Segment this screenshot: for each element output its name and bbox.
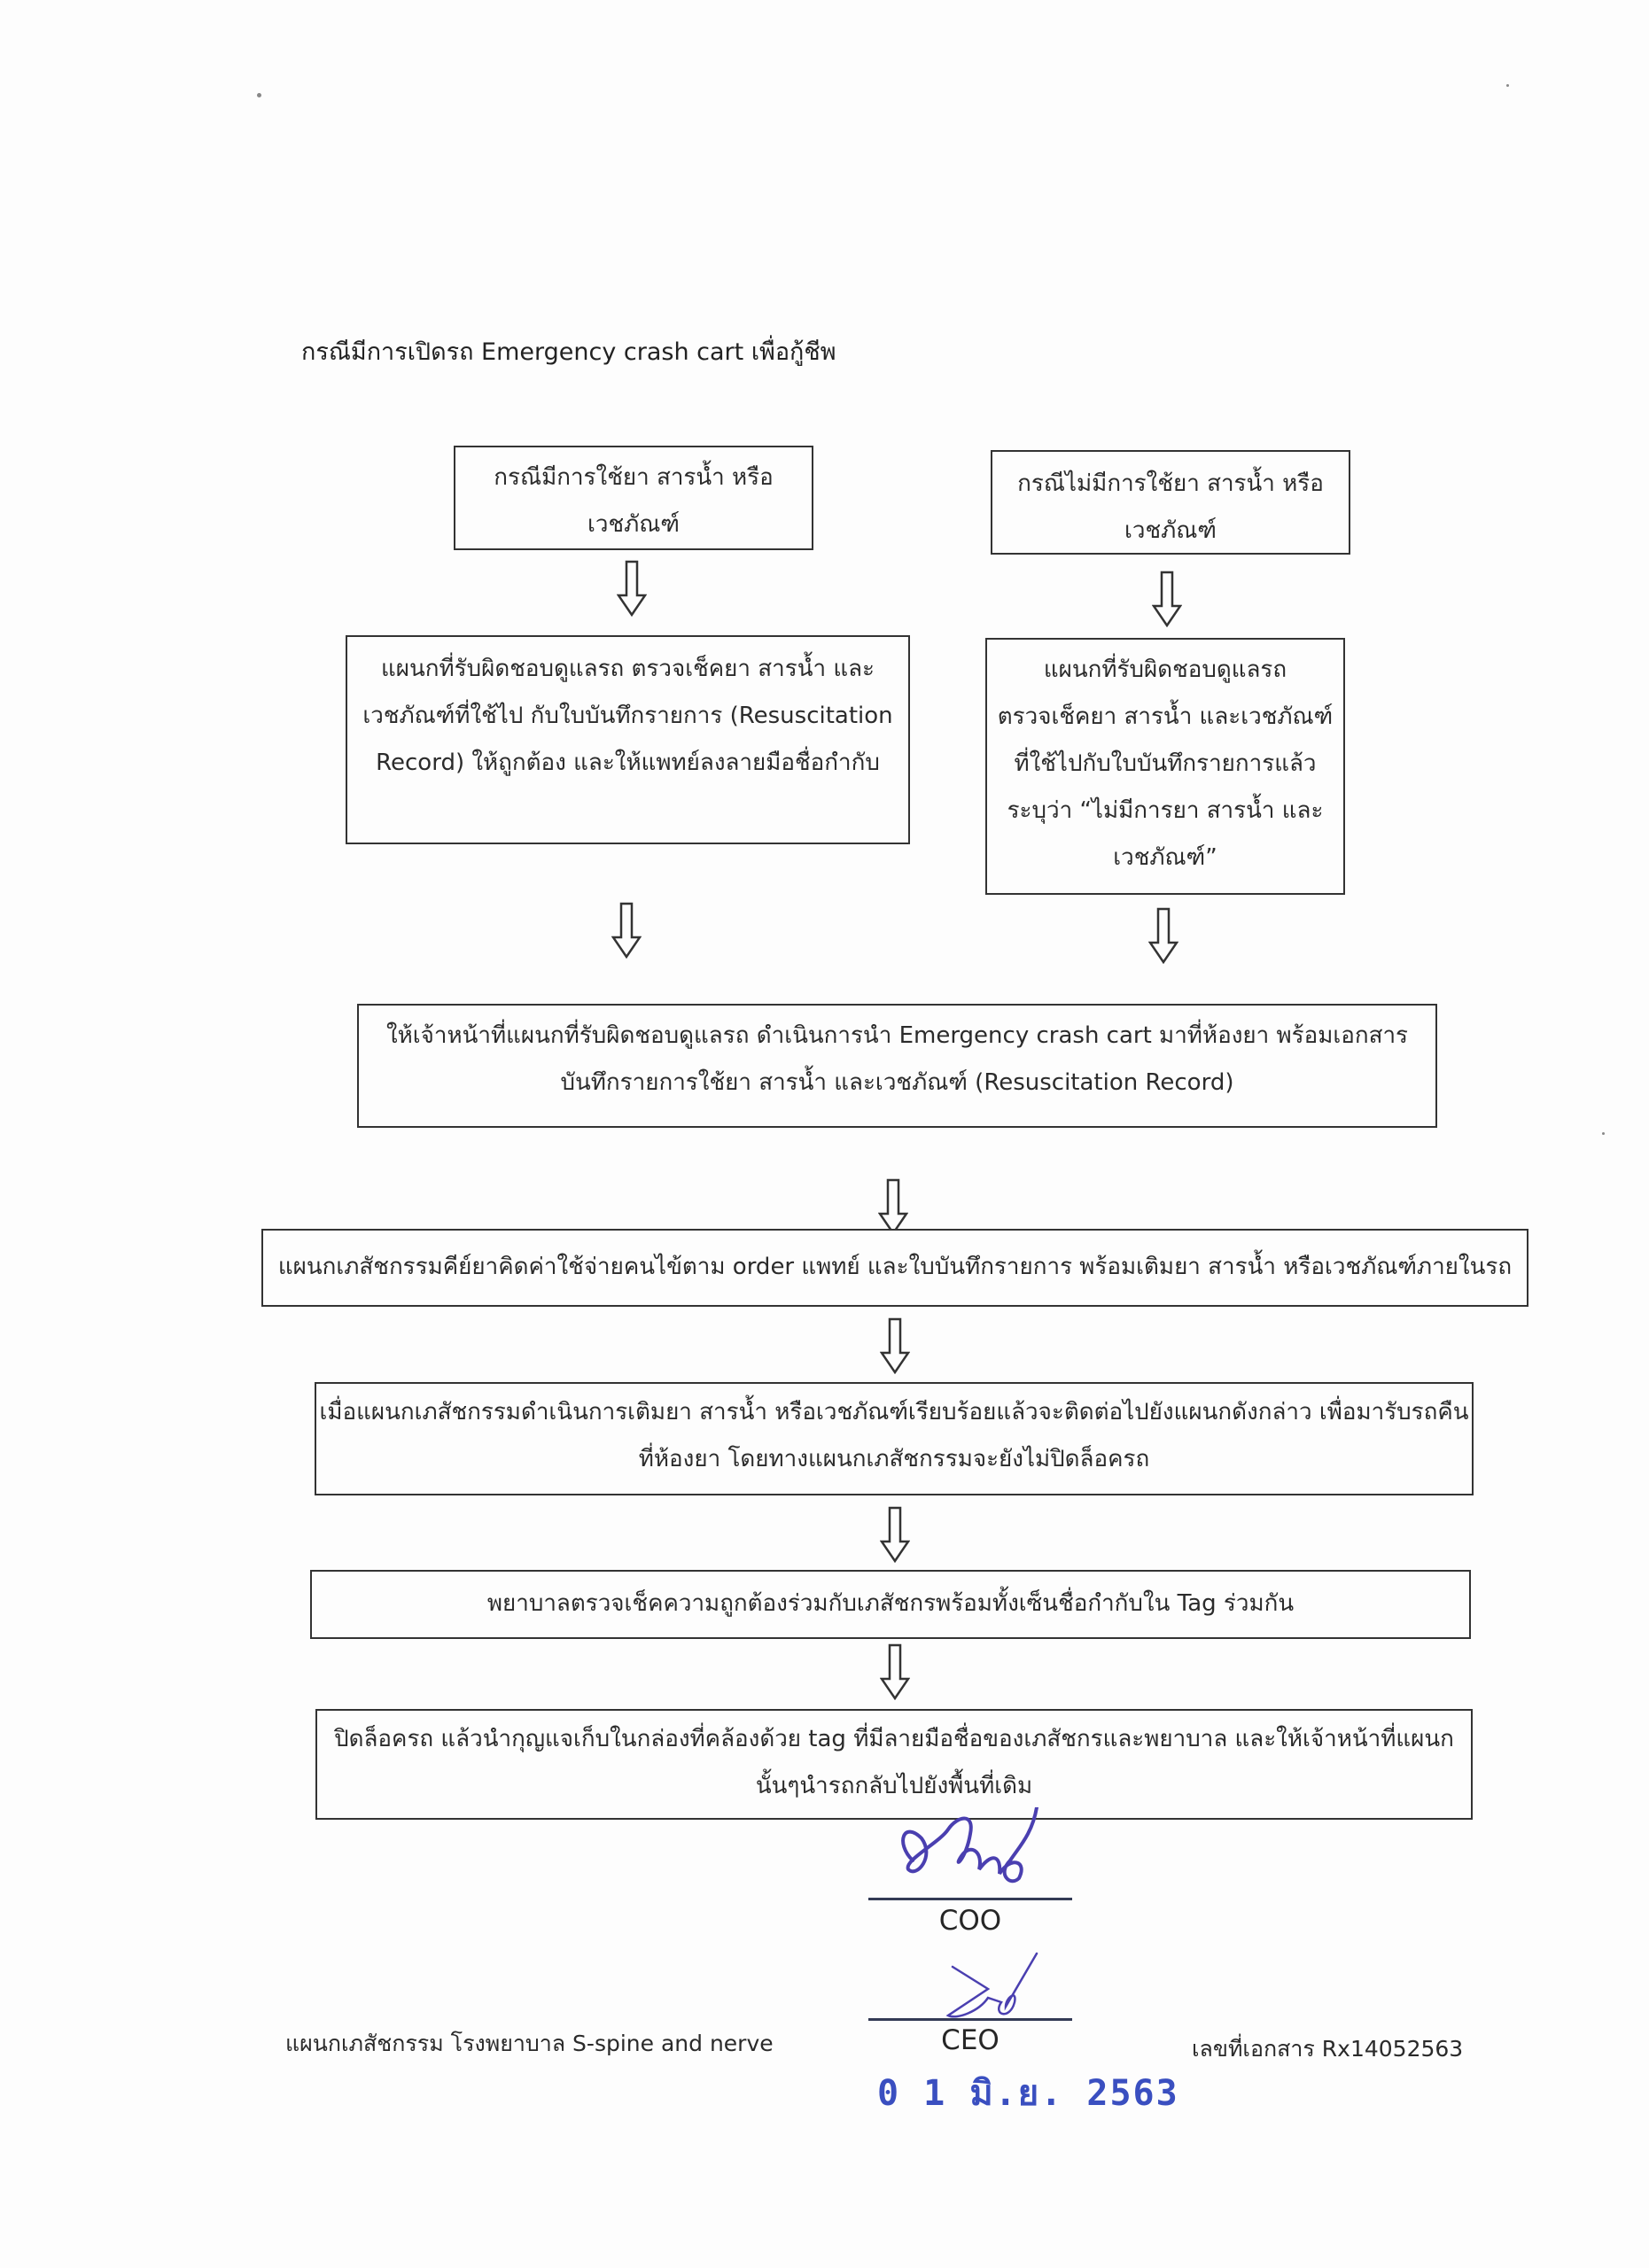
date-stamp: 0 1 มิ.ย. 2563 xyxy=(877,2064,1179,2121)
ceo-signature-line xyxy=(868,2018,1072,2021)
left-action-text: แผนกที่รับผิดชอบดูแลรถ ตรวจเช็คยา สารน้ำ… xyxy=(362,646,892,787)
step-text-4: พยาบาลตรวจเช็คความถูกต้องร่วมกับเภสัชกรพ… xyxy=(487,1581,1294,1627)
right-condition-box: กรณีไม่มีการใช้ยา สารน้ำ หรือ เวชภัณฑ์ xyxy=(991,450,1350,555)
step-text-2: แผนกเภสัชกรรมคีย์ยาคิดค่าใช้จ่ายคนไข้ตาม… xyxy=(278,1244,1512,1291)
right-action-box: แผนกที่รับผิดชอบดูแลรถ ตรวจเช็คยา สารน้ำ… xyxy=(985,638,1345,895)
coo-label: COO xyxy=(868,1905,1072,1937)
down-arrow-icon xyxy=(617,560,647,617)
ceo-label: CEO xyxy=(868,2024,1072,2056)
down-arrow-icon xyxy=(611,902,642,959)
document-number: เลขที่เอกสาร Rx14052563 xyxy=(1192,2031,1463,2067)
coo-signature-line xyxy=(868,1898,1072,1900)
left-condition-box: กรณีมีการใช้ยา สารน้ำ หรือ เวชภัณฑ์ xyxy=(454,446,813,550)
step-box-1: ให้เจ้าหน้าที่แผนกที่รับผิดชอบดูแลรถ ดำเ… xyxy=(357,1004,1437,1128)
department-footer: แผนกเภสัชกรรม โรงพยาบาล S-spine and nerv… xyxy=(285,2026,774,2062)
down-arrow-icon xyxy=(880,1506,910,1563)
scan-speck xyxy=(257,93,261,97)
down-arrow-icon xyxy=(880,1643,910,1700)
coo-signature xyxy=(886,1807,1063,1891)
down-arrow-icon xyxy=(880,1317,910,1374)
scan-speck xyxy=(1506,84,1509,87)
left-condition-text: กรณีมีการใช้ยา สารน้ำ หรือ เวชภัณฑ์ xyxy=(494,454,774,548)
step-box-4: พยาบาลตรวจเช็คความถูกต้องร่วมกับเภสัชกรพ… xyxy=(310,1570,1471,1639)
step-box-2: แผนกเภสัชกรรมคีย์ยาคิดค่าใช้จ่ายคนไข้ตาม… xyxy=(261,1229,1528,1307)
down-arrow-icon xyxy=(878,1178,908,1235)
step-text-1: ให้เจ้าหน้าที่แผนกที่รับผิดชอบดูแลรถ ดำเ… xyxy=(386,1013,1408,1107)
right-action-text: แผนกที่รับผิดชอบดูแลรถ ตรวจเช็คยา สารน้ำ… xyxy=(998,647,1333,882)
right-condition-text: กรณีไม่มีการใช้ยา สารน้ำ หรือ เวชภัณฑ์ xyxy=(1017,461,1324,555)
down-arrow-icon xyxy=(1152,571,1182,627)
down-arrow-icon xyxy=(1148,907,1178,964)
left-action-box: แผนกที่รับผิดชอบดูแลรถ ตรวจเช็คยา สารน้ำ… xyxy=(346,635,910,844)
step-text-3: เมื่อแผนกเภสัชกรรมดำเนินการเติมยา สารน้ำ… xyxy=(319,1389,1468,1483)
scan-speck xyxy=(1602,1132,1605,1135)
step-box-5: ปิดล็อครถ แล้วนำกุญแจเก็บในกล่องที่คล้อง… xyxy=(315,1709,1473,1820)
step-box-3: เมื่อแผนกเภสัชกรรมดำเนินการเติมยา สารน้ำ… xyxy=(315,1382,1474,1495)
step-text-5: ปิดล็อครถ แล้วนำกุญแจเก็บในกล่องที่คล้อง… xyxy=(334,1716,1454,1810)
ceo-signature xyxy=(939,1949,1046,2024)
document-title: กรณีมีการเปิดรถ Emergency crash cart เพื… xyxy=(301,332,836,370)
